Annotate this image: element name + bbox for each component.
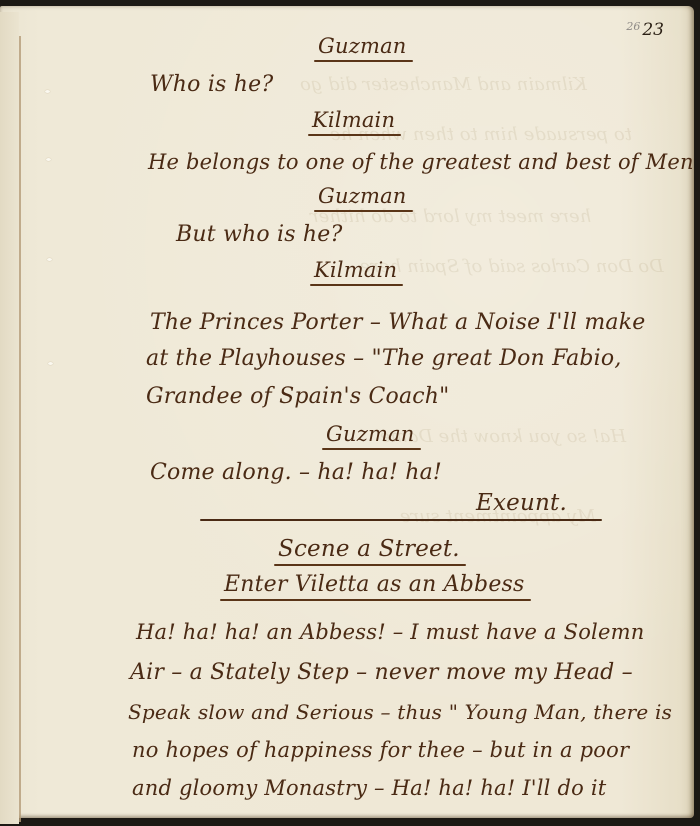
speech-line: Who is he? bbox=[150, 72, 273, 97]
show-through-text: Kilmain and Manchester did go bbox=[300, 74, 587, 95]
speech-line: Grandee of Spain's Coach" bbox=[146, 384, 449, 409]
folio-number: 2623 bbox=[626, 20, 664, 40]
speech-line: and gloomy Monastry – Ha! ha! ha! I'll d… bbox=[132, 776, 606, 800]
entrance-direction: Enter Viletta as an Abbess bbox=[224, 572, 525, 597]
stage-direction-exeunt: Exeunt. bbox=[476, 490, 567, 516]
speech-line: no hopes of happiness for thee – but in … bbox=[132, 738, 629, 762]
show-through-text: Do Don Carlos said of Spain here bbox=[360, 256, 664, 277]
pin-hole bbox=[46, 158, 51, 161]
pencil-folio-number: 26 bbox=[626, 20, 640, 33]
scene-divider-rule bbox=[200, 519, 602, 521]
speech-line: Come along. – ha! ha! ha! bbox=[150, 460, 442, 485]
manuscript-page: Kilmain and Manchester did go to persuad… bbox=[0, 6, 694, 818]
speech-line: Ha! ha! ha! an Abbess! – I must have a S… bbox=[136, 620, 644, 644]
speech-line: He belongs to one of the greatest and be… bbox=[148, 150, 694, 174]
ink-folio-number: 23 bbox=[642, 20, 664, 40]
speech-line: Air – a Stately Step – never move my Hea… bbox=[130, 660, 633, 685]
speaker-name: Guzman bbox=[318, 34, 407, 58]
pin-hole bbox=[45, 90, 50, 93]
gutter-fold-line bbox=[19, 36, 21, 822]
show-through-text: Ha! so you know the Dame bbox=[380, 426, 626, 447]
binding-strip bbox=[0, 12, 19, 824]
speaker-name: Guzman bbox=[326, 422, 415, 446]
scene-heading: Scene a Street. bbox=[278, 536, 460, 562]
pin-hole bbox=[47, 258, 52, 261]
speaker-name: Kilmain bbox=[314, 258, 397, 282]
speaker-name: Guzman bbox=[318, 184, 407, 208]
speech-line: The Princes Porter – What a Noise I'll m… bbox=[150, 310, 645, 335]
speech-line: But who is he? bbox=[176, 222, 343, 247]
speaker-name: Kilmain bbox=[312, 108, 395, 132]
pin-hole bbox=[48, 362, 53, 365]
speech-line: at the Playhouses – "The great Don Fabio… bbox=[146, 346, 622, 371]
speech-line: Speak slow and Serious – thus " Young Ma… bbox=[128, 700, 672, 724]
